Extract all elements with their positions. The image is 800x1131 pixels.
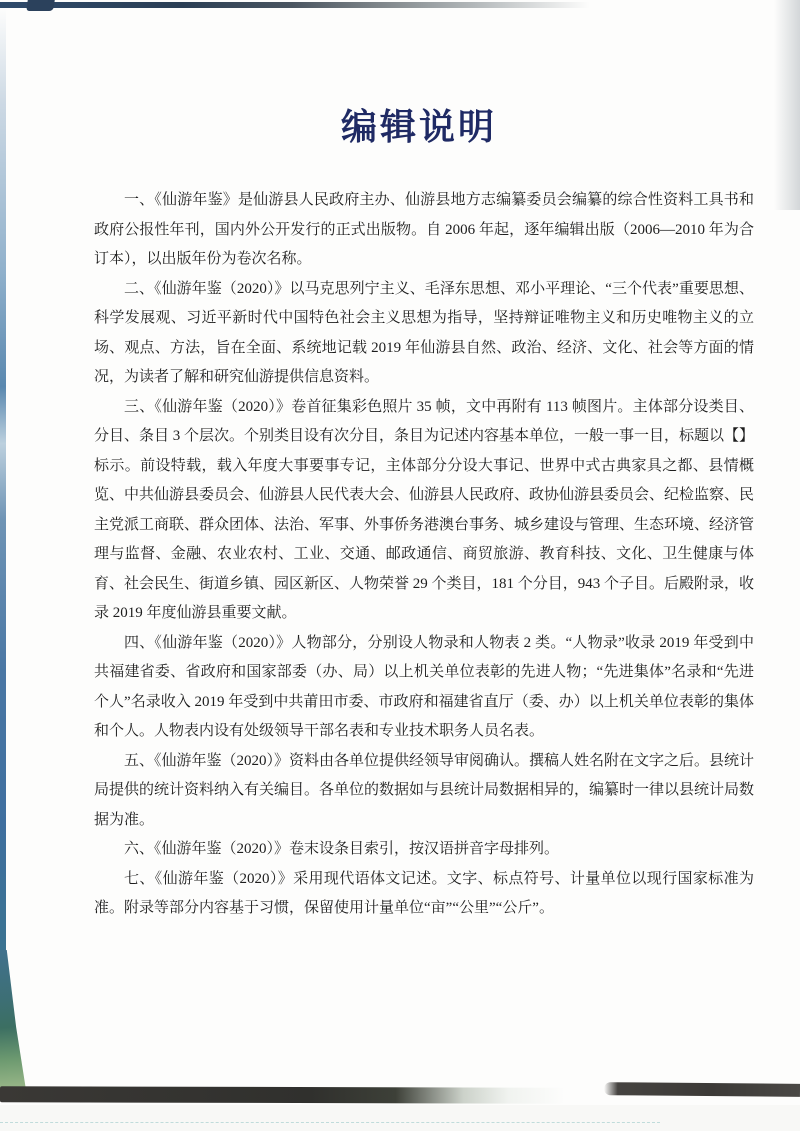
- paragraph-1: 一、《仙游年鉴》是仙游县人民政府主办、仙游县地方志编纂委员会编纂的综合性资料工具…: [94, 186, 754, 275]
- paragraph-6: 六、《仙游年鉴（2020）》卷末设条目索引，按汉语拼音字母排列。: [94, 835, 754, 865]
- bottom-scan-band: [0, 1105, 800, 1131]
- bottom-scan-strip-right: [604, 1082, 800, 1097]
- bottom-dotted-line: [0, 1122, 660, 1123]
- document-body: 一、《仙游年鉴》是仙游县人民政府主办、仙游县地方志编纂委员会编纂的综合性资料工具…: [94, 186, 754, 924]
- paragraph-2: 二、《仙游年鉴（2020）》以马克思列宁主义、毛泽东思想、邓小平理论、“三个代表…: [94, 275, 754, 393]
- bottom-scan-strip-left: [0, 1086, 565, 1103]
- top-left-notch: [26, 0, 55, 11]
- paragraph-3: 三、《仙游年鉴（2020）》卷首征集彩色照片 35 帧，文中再附有 113 帧图…: [94, 393, 754, 629]
- paragraph-7: 七、《仙游年鉴（2020）》采用现代语体文记述。文字、标点符号、计量单位以现行国…: [94, 865, 754, 924]
- top-scan-edge: [0, 2, 608, 8]
- bottom-left-cover-image: [0, 950, 26, 1090]
- scanned-yearbook-page: 编辑说明 一、《仙游年鉴》是仙游县人民政府主办、仙游县地方志编纂委员会编纂的综合…: [0, 0, 800, 1131]
- page-title: 编辑说明: [19, 99, 800, 150]
- paragraph-4: 四、《仙游年鉴（2020）》人物部分，分别设人物录和人物表 2 类。“人物录”收…: [94, 629, 754, 747]
- left-page-edge: [0, 8, 6, 955]
- paragraph-5: 五、《仙游年鉴（2020）》资料由各单位提供经领导审阅确认。撰稿人姓名附在文字之…: [94, 747, 754, 836]
